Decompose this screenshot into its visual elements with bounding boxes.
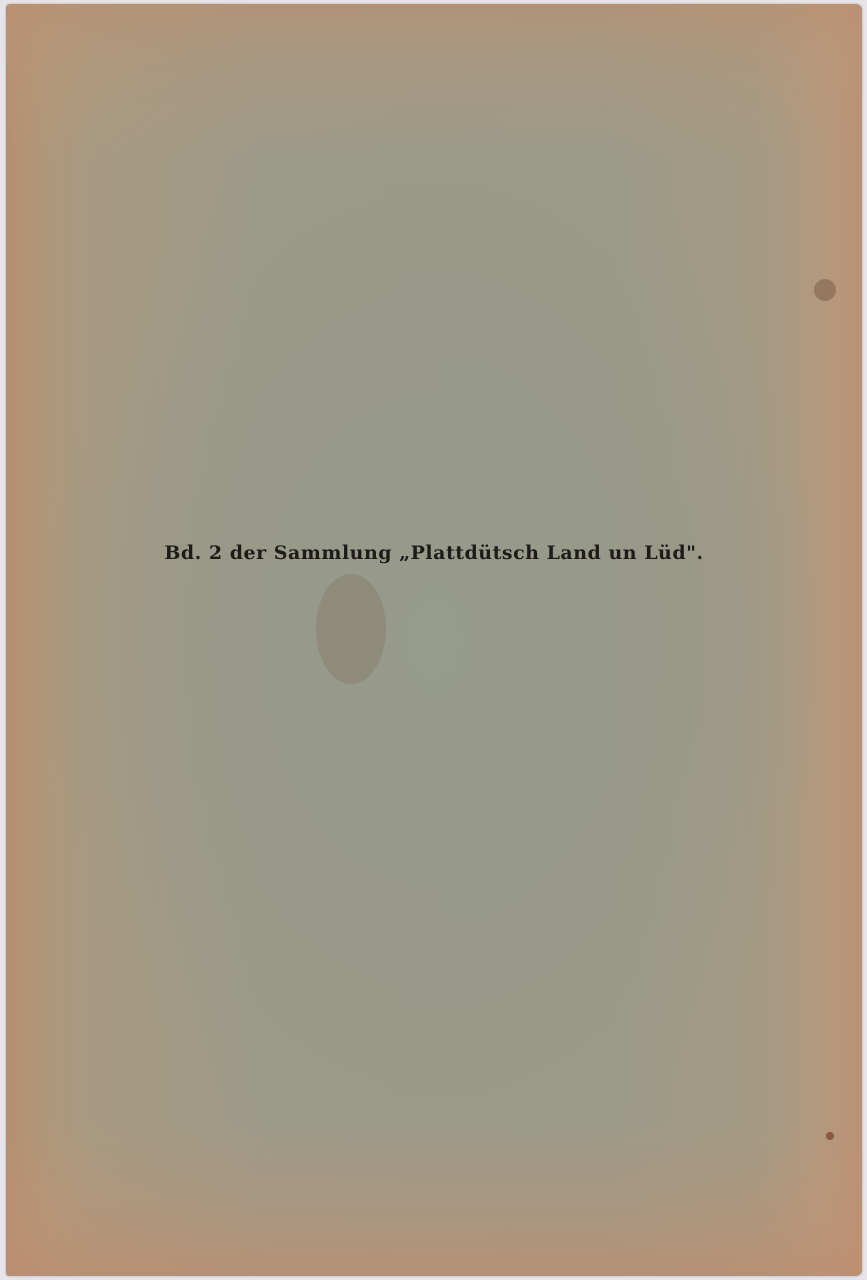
book-back-cover: Bd. 2 der Sammlung „Plattdütsch Land un … <box>6 4 862 1276</box>
paper-stain <box>826 1132 834 1140</box>
paper-stain <box>814 279 836 301</box>
paper-stain <box>316 574 386 684</box>
series-note: Bd. 2 der Sammlung „Plattdütsch Land un … <box>6 542 862 564</box>
